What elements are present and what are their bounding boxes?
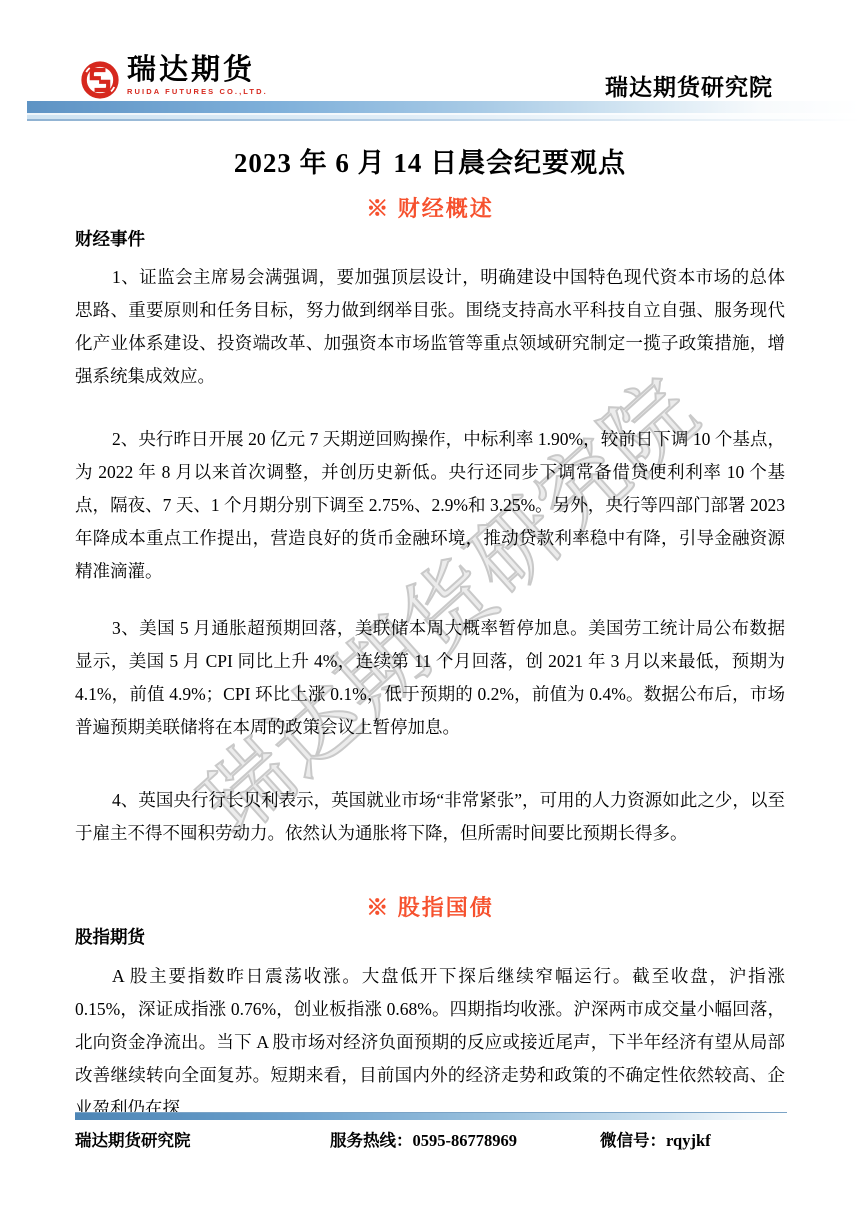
logo-text-column: 瑞达期货 RUIDA FUTURES CO.,LTD. [127, 47, 268, 96]
header-gradient-bar [27, 101, 860, 121]
header-institute-name: 瑞达期货研究院 [605, 69, 773, 102]
paragraph-boe-governor: 4、英国央行行长贝利表示，英国就业市场“非常紧张”，可用的人力资源如此之少，以至… [75, 784, 785, 850]
subheading-finance-events: 财经事件 [75, 226, 145, 251]
subheading-index-futures: 股指期货 [75, 924, 145, 949]
diagonal-watermark: 瑞达期货研究院 [169, 344, 722, 859]
paragraph-us-cpi: 3、美国 5 月通胀超预期回落，美联储本周大概率暂停加息。美国劳工统计局公布数据… [75, 612, 785, 744]
footer-wechat: 微信号：rqyjkf [600, 1127, 711, 1151]
logo-brand-name: 瑞达期货 [127, 55, 268, 85]
document-page: 瑞达期货研究院 瑞达期货 RUIDA FUTURES CO.,LTD. 瑞达期货… [0, 0, 860, 1217]
paragraph-csrc-chairman: 1、证监会主席易会满强调，要加强顶层设计，明确建设中国特色现代资本市场的总体思路… [75, 261, 785, 393]
paragraph-pboc-reverse-repo: 2、央行昨日开展 20 亿元 7 天期逆回购操作，中标利率 1.90%，较前日下… [75, 423, 785, 588]
footer-hotline: 服务热线：0595-86778969 [330, 1127, 517, 1151]
section-heading-finance-overview: ※ 财经概述 [0, 192, 860, 223]
ruida-logo-icon [80, 59, 120, 101]
section-heading-index-bonds: ※ 股指国债 [0, 891, 860, 922]
gradient-bar-main-band [27, 101, 860, 113]
gradient-bar-bottom-line [27, 119, 860, 121]
footer-gradient-bar [75, 1112, 787, 1120]
logo-subtitle: RUIDA FUTURES CO.,LTD. [127, 87, 268, 96]
footer-institute: 瑞达期货研究院 [75, 1127, 191, 1151]
company-logo: 瑞达期货 RUIDA FUTURES CO.,LTD. [80, 47, 268, 101]
paragraph-a-share-market: A 股主要指数昨日震荡收涨。大盘低开下探后继续窄幅运行。截至收盘，沪指涨 0.1… [75, 960, 785, 1125]
document-title: 2023 年 6 月 14 日晨会纪要观点 [0, 141, 860, 180]
